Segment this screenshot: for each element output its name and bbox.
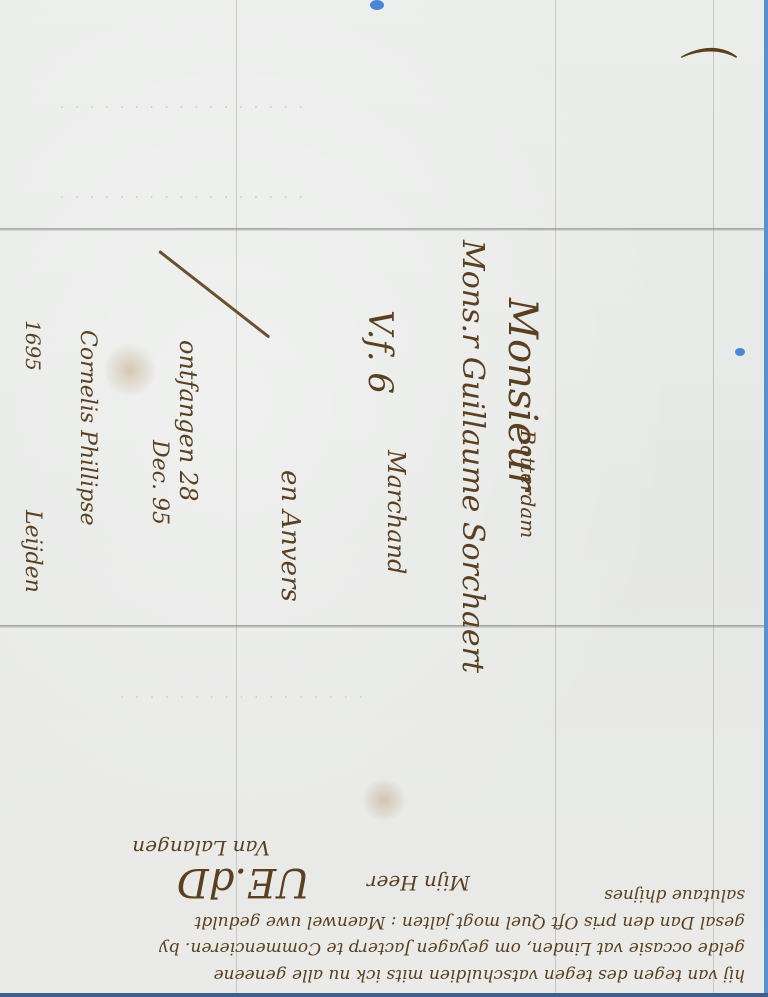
corner-flourish: ⌒ [670, 30, 728, 114]
address-profession: Marchand [382, 450, 410, 574]
scan-edge-right [764, 0, 768, 997]
letter-body-line: salutaue dhijnes [604, 885, 745, 905]
bleedthrough-line: · · · · · · · · · · · · · · · · · [60, 100, 306, 116]
address-city: en Anvers [275, 470, 305, 602]
letter-signer: Van Lalangen [132, 836, 270, 860]
forwarding-note: Rotterdam [516, 430, 540, 538]
seal-stain [105, 340, 155, 400]
fold-line-lower [0, 625, 768, 628]
fold-line-upper [0, 228, 768, 231]
fold-line-middle [555, 0, 556, 997]
letter-signature-initials: UE.dD [177, 859, 310, 905]
fold-line-right [713, 0, 714, 997]
address-name: Mons.r Guillaume Sorchaert [455, 240, 490, 673]
seal-stain-lower [358, 780, 410, 820]
letter-closing: Mijn Heer [367, 871, 470, 895]
letter-body-line: hij van tegen des tegen vatschuldien mit… [214, 965, 745, 985]
letter-year: 1695 [21, 320, 45, 371]
letter-place: Leijden [20, 510, 45, 593]
scan-edge-bottom [0, 993, 768, 997]
sender-name: Cornelis Phillipse [75, 330, 100, 526]
blue-wax-mark [370, 0, 384, 10]
letter-body-line: gesal Dan den pris Oft Quel mogt jalten … [195, 912, 745, 932]
docket-date: Dec. 95 [147, 440, 172, 525]
letter-body-line: gelde occasie vat Linden, om geyagen Jac… [159, 938, 745, 958]
fee-mark: V.f. 6 [360, 310, 400, 394]
bleedthrough-line: · · · · · · · · · · · · · · · · · [120, 690, 366, 706]
docket-received: ontfangen 28 [174, 340, 202, 501]
bleedthrough-line: · · · · · · · · · · · · · · · · · [60, 190, 306, 206]
blue-wax-mark-small [735, 348, 745, 356]
